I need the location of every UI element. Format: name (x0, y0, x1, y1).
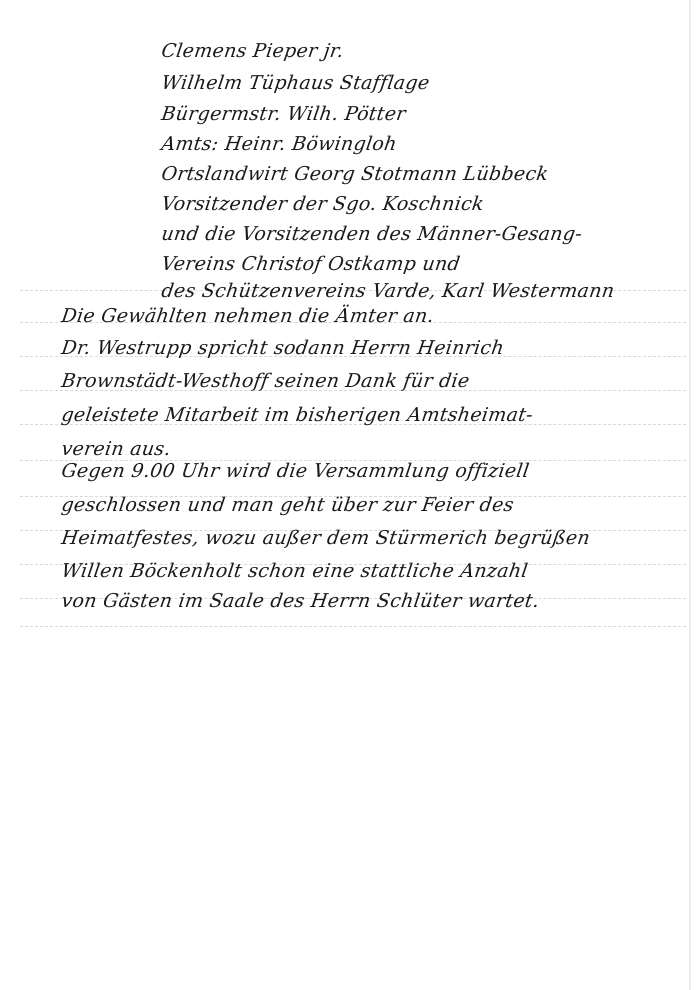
handwritten-line: geleistete Mitarbeit im bisherigen Amtsh… (60, 404, 535, 426)
handwritten-line: des Schützenvereins Varde, Karl Westerma… (160, 280, 616, 302)
handwritten-line: Vereins Christof Ostkamp und (160, 253, 462, 275)
handwritten-line: Gegen 9.00 Uhr wird die Versammlung offi… (60, 460, 531, 482)
handwritten-line: Wilhelm Tüphaus Stafflage (160, 72, 431, 94)
handwritten-line: von Gästen im Saale des Herrn Schlüter w… (60, 590, 541, 612)
page-edge (689, 0, 691, 990)
handwritten-line: Heimatfestes, wozu außer dem Stürmerich … (60, 527, 592, 549)
handwritten-line: verein aus. (60, 438, 172, 460)
document-page: Clemens Pieper jr. Wilhelm Tüphaus Staff… (0, 0, 700, 990)
handwritten-line: Willen Böckenholt schon eine stattliche … (60, 560, 529, 582)
handwritten-line: Dr. Westrupp spricht sodann Herrn Heinri… (60, 337, 506, 359)
handwritten-line: Vorsitzender der Sgo. Koschnick (160, 193, 485, 215)
handwritten-line: Die Gewählten nehmen die Ämter an. (60, 305, 435, 327)
handwritten-line: und die Vorsitzenden des Männer-Gesang- (160, 223, 584, 245)
handwritten-line: Brownstädt-Westhoff seinen Dank für die (60, 370, 471, 392)
ruled-line (20, 626, 686, 627)
handwritten-line: geschlossen und man geht über zur Feier … (60, 494, 515, 516)
handwritten-line: Bürgermstr. Wilh. Pötter (160, 103, 407, 125)
handwritten-line: Ortslandwirt Georg Stotmann Lübbeck (160, 163, 550, 185)
handwritten-line: Clemens Pieper jr. (160, 40, 345, 62)
handwritten-line: Amts: Heinr. Böwingloh (160, 133, 398, 155)
